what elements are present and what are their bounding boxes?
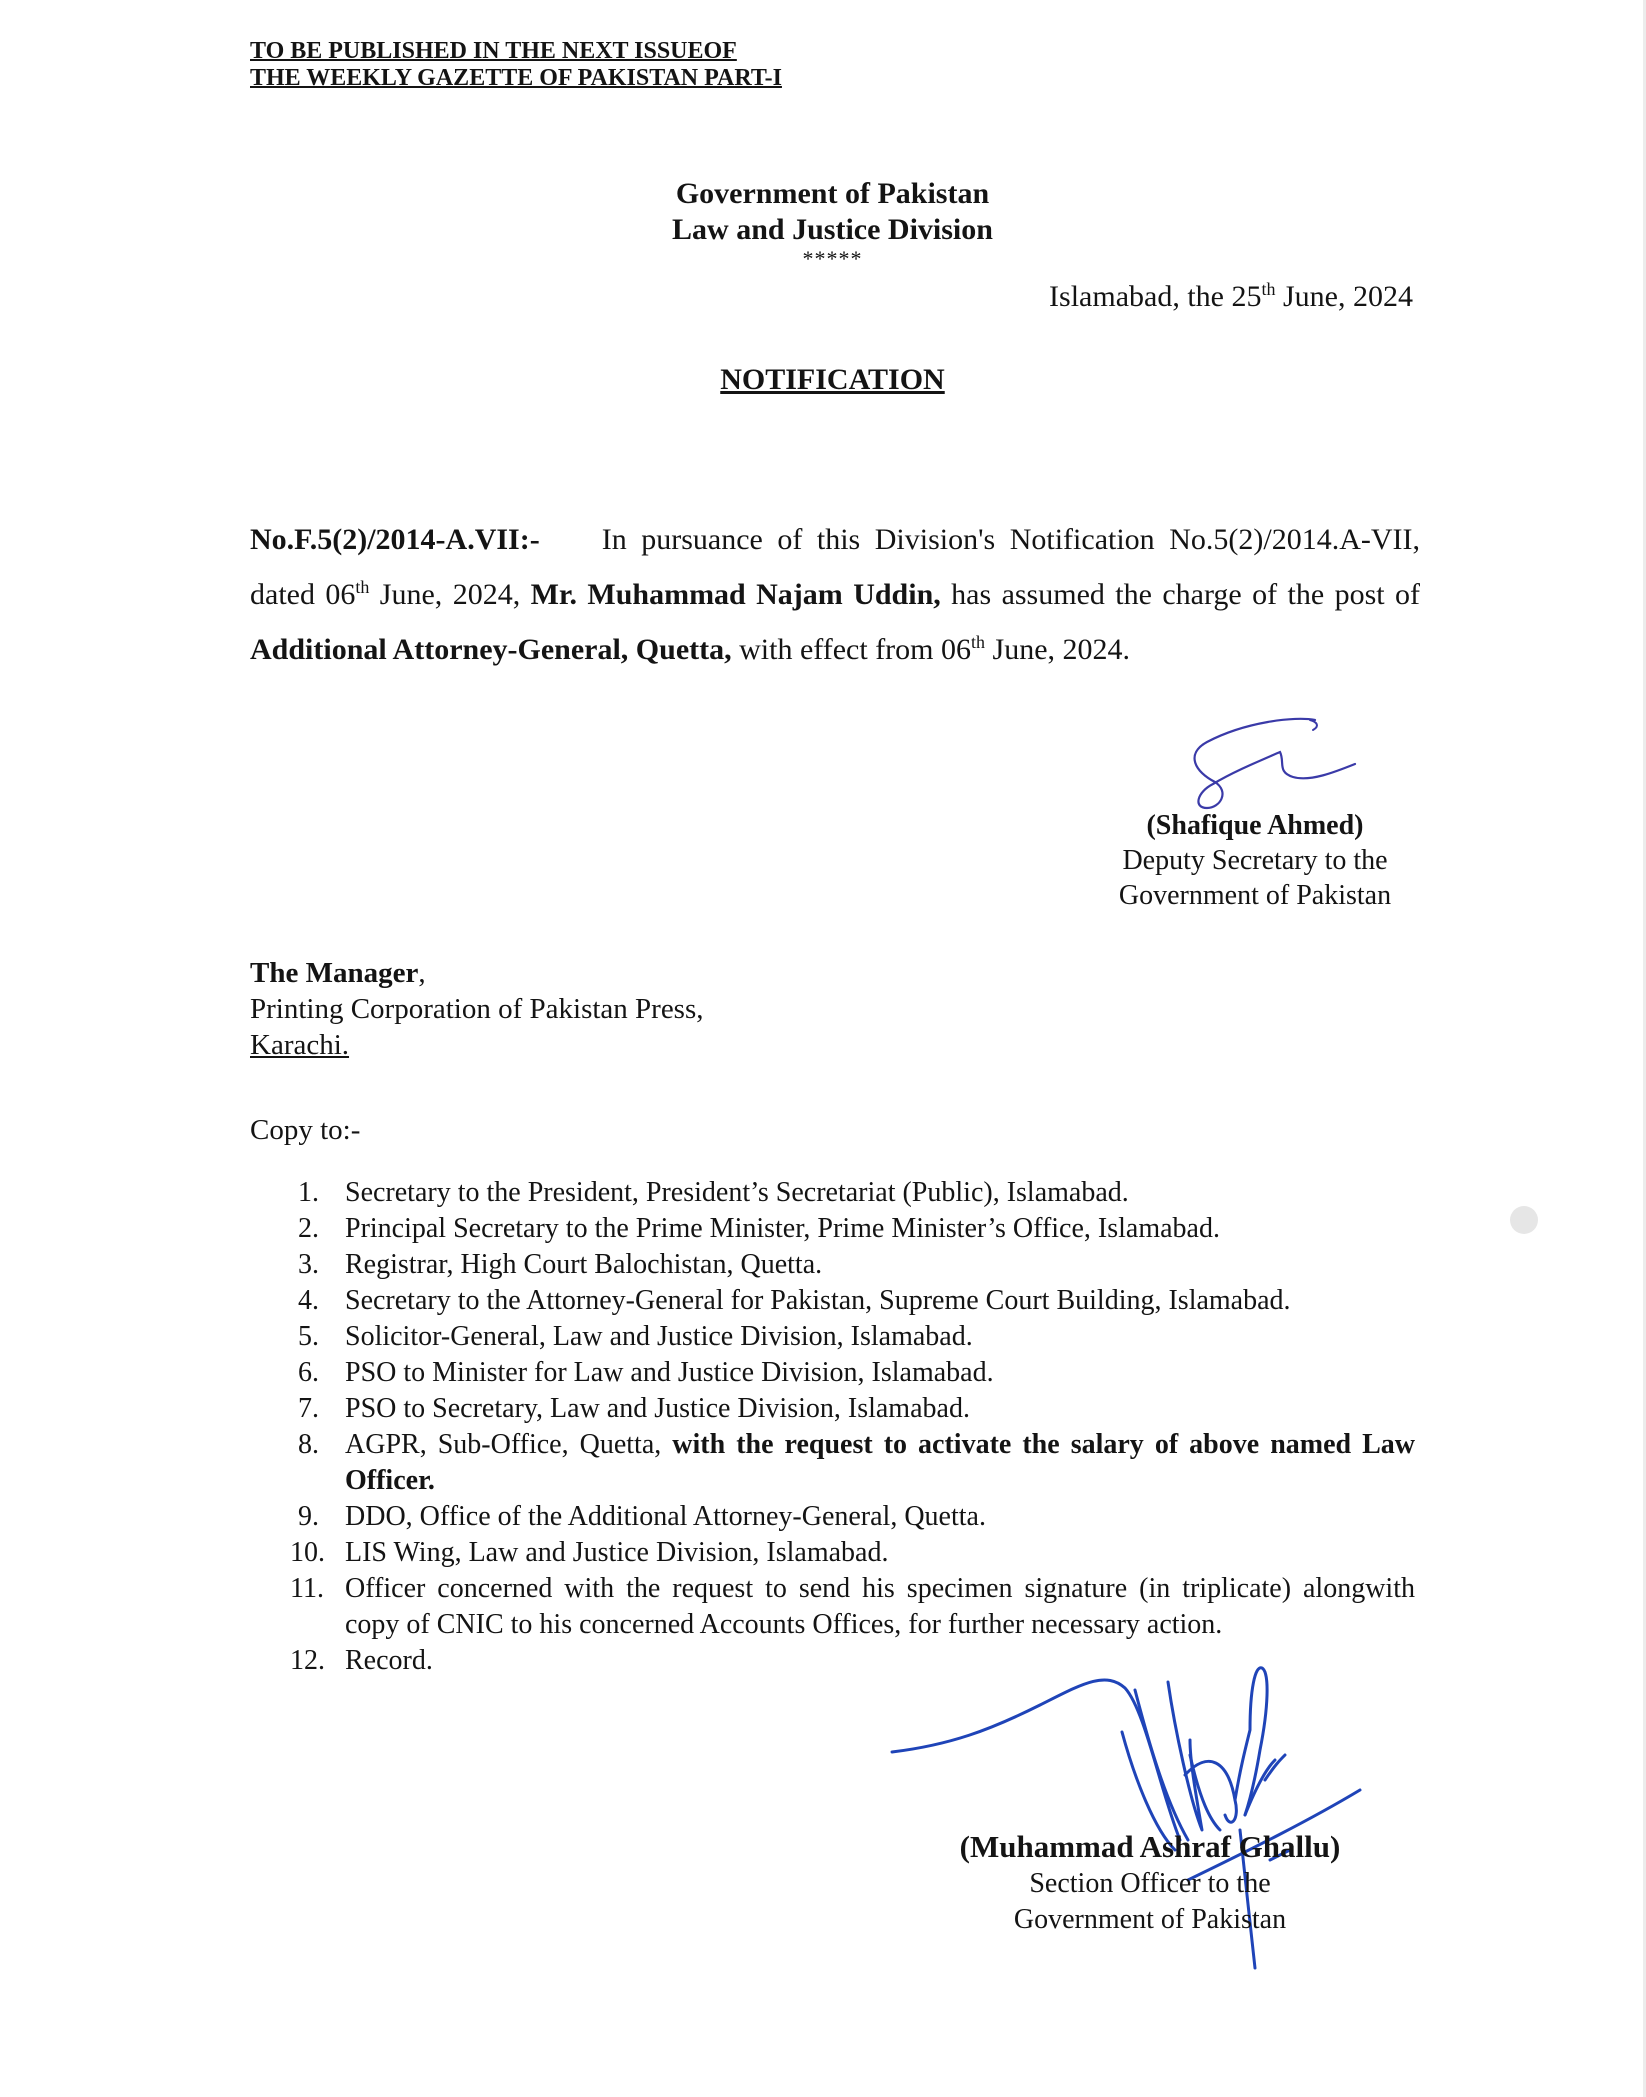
copy-to-label: Copy to:- xyxy=(250,1114,360,1147)
list-item: 1.Secretary to the President, President’… xyxy=(290,1175,1415,1211)
signatory-1-designation-line-1: Deputy Secretary to the xyxy=(1090,843,1420,878)
appointee-name: Mr. Muhammad Najam Uddin, xyxy=(531,578,941,611)
gazette-note-line-2: THE WEEKLY GAZETTE OF PAKISTAN PART-I xyxy=(250,65,782,92)
addressee-title: The Manager xyxy=(250,957,418,989)
scan-artifact-dot xyxy=(1510,1206,1538,1234)
issue-date: Islamabad, the 25th June, 2024 xyxy=(1049,280,1413,314)
post-title: Additional Attorney-General, Quetta, xyxy=(250,633,732,666)
signatory-1-name: (Shafique Ahmed) xyxy=(1090,808,1420,843)
header-separator: ***** xyxy=(600,248,1065,270)
list-item: 9.DDO, Office of the Additional Attorney… xyxy=(290,1499,1415,1535)
addressee-organization: Printing Corporation of Pakistan Press, xyxy=(250,991,704,1027)
signatory-2-designation-line-2: Government of Pakistan xyxy=(900,1902,1400,1938)
reference-number: No.F.5(2)/2014-A.VII:- xyxy=(250,523,540,556)
notification-body: No.F.5(2)/2014-A.VII:-In pursuance of th… xyxy=(250,512,1420,677)
division-name: Law and Justice Division xyxy=(600,212,1065,248)
signatory-block-1: (Shafique Ahmed) Deputy Secretary to the… xyxy=(1090,808,1420,913)
list-item: 5.Solicitor-General, Law and Justice Div… xyxy=(290,1319,1415,1355)
list-item: 6.PSO to Minister for Law and Justice Di… xyxy=(290,1355,1415,1391)
list-item: 7.PSO to Secretary, Law and Justice Divi… xyxy=(290,1391,1415,1427)
signatory-block-2: (Muhammad Ashraf Ghallu) Section Officer… xyxy=(900,1828,1400,1938)
list-item: 3.Registrar, High Court Balochistan, Que… xyxy=(290,1247,1415,1283)
addressee-block: The Manager, Printing Corporation of Pak… xyxy=(250,955,704,1063)
government-name: Government of Pakistan xyxy=(600,176,1065,212)
gazette-publication-note: TO BE PUBLISHED IN THE NEXT ISSUEOF THE … xyxy=(250,38,782,92)
signatory-2-designation-line-1: Section Officer to the xyxy=(900,1866,1400,1902)
signature-shafique-ahmed xyxy=(1185,712,1385,812)
notification-title: NOTIFICATION xyxy=(600,363,1065,397)
list-item: 8.AGPR, Sub-Office, Quetta, with the req… xyxy=(290,1427,1415,1499)
list-item: 11.Officer concerned with the request to… xyxy=(290,1571,1415,1643)
list-item: 4.Secretary to the Attorney-General for … xyxy=(290,1283,1415,1319)
signatory-2-name: (Muhammad Ashraf Ghallu) xyxy=(900,1828,1400,1866)
gazette-note-line-1: TO BE PUBLISHED IN THE NEXT ISSUEOF xyxy=(250,38,782,65)
list-item: 2.Principal Secretary to the Prime Minis… xyxy=(290,1211,1415,1247)
copy-distribution-list: 1.Secretary to the President, President’… xyxy=(290,1175,1415,1679)
letterhead: Government of Pakistan Law and Justice D… xyxy=(600,176,1065,270)
list-item: 10.LIS Wing, Law and Justice Division, I… xyxy=(290,1535,1415,1571)
signatory-1-designation-line-2: Government of Pakistan xyxy=(1090,878,1420,913)
addressee-city: Karachi. xyxy=(250,1029,349,1061)
